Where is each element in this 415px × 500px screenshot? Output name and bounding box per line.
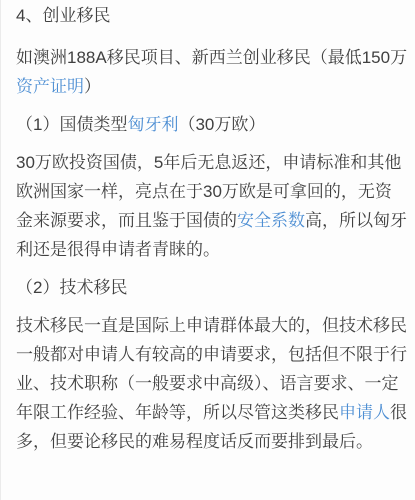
text-segment: （30万欧） [178, 115, 265, 134]
inline-link[interactable]: 资产证明 [16, 77, 84, 96]
inline-link[interactable]: 申请人 [339, 403, 390, 422]
paragraph: （1）国债类型匈牙利（30万欧） [16, 110, 408, 139]
paragraph: （2）技术移民 [16, 273, 408, 302]
inline-link[interactable]: 匈牙利 [127, 115, 178, 134]
paragraph: 30万欧投资国债，5年后无息返还，申请标准和其他欧洲国家一样，亮点在于30万欧是… [16, 148, 408, 264]
article-body: 4、创业移民如澳洲188A移民项目、新西兰创业移民（最低150万资产证明）（1）… [16, 1, 408, 456]
section-heading: 4、创业移民 [16, 1, 408, 30]
text-segment: （1）国债类型 [16, 115, 127, 134]
inline-link[interactable]: 安全系数 [237, 211, 305, 230]
page: { "theme": { "background": "#fdfdfd", "t… [0, 0, 415, 500]
paragraph: 如澳洲188A移民项目、新西兰创业移民（最低150万资产证明） [16, 43, 408, 101]
text-segment: 如澳洲188A移民项目、新西兰创业移民（最低150万 [16, 48, 407, 67]
text-segment: 4、创业移民 [16, 6, 110, 25]
article: 4、创业移民如澳洲188A移民项目、新西兰创业移民（最低150万资产证明）（1）… [16, 0, 408, 456]
text-segment: ） [84, 77, 101, 96]
paragraph: 技术移民一直是国际上申请群体最大的，但技术移民一般都对申请人有较高的申请要求，包… [16, 311, 408, 456]
text-segment: （2）技术移民 [16, 278, 127, 297]
